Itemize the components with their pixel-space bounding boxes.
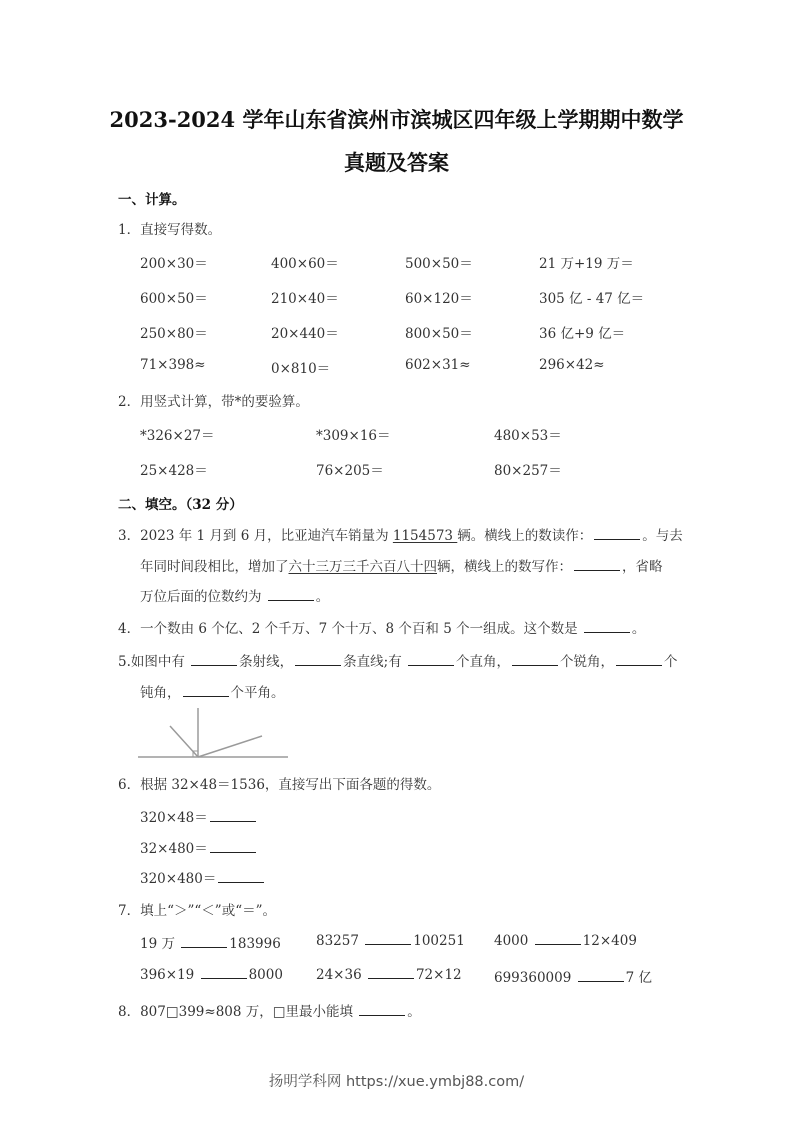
answer-blank[interactable] (295, 653, 341, 666)
question-7-label: 7．填上“＞”“＜”或“＝”。 (118, 899, 276, 919)
compare-item: 19 万 183996 (140, 932, 281, 952)
question-6-label: 6．根据 32×48＝1536，直接写出下面各题的得数。 (118, 773, 440, 793)
compare-item: 83257 100251 (316, 932, 465, 949)
calc-item: 500×50＝ (405, 252, 473, 272)
section-heading-calc: 一、计算。 (118, 188, 186, 208)
footer-watermark: 扬明学科网 https://xue.ymbj88.com/ (0, 1070, 793, 1091)
q6-item: 320×48＝ (140, 806, 258, 826)
answer-blank[interactable] (183, 684, 229, 697)
answer-blank[interactable] (512, 653, 558, 666)
q6-expression: 320×48＝ (140, 810, 208, 826)
compare-left: 24×36 (316, 967, 366, 983)
page-subtitle: 真题及答案 (0, 147, 793, 177)
q3-underlined-number: 1154573 (393, 528, 457, 544)
q5-text: 个直角， (456, 654, 510, 670)
compare-left: 83257 (316, 933, 363, 949)
q5-text: 条射线， (239, 654, 293, 670)
calc-item: 0×810＝ (271, 357, 330, 377)
answer-blank[interactable] (365, 932, 411, 945)
q8-text: 8．807□399≈808 万，□里最小能填 (118, 1004, 357, 1020)
answer-blank[interactable] (191, 653, 237, 666)
q8-text: 。 (407, 1004, 421, 1020)
calc-item: 296×42≈ (539, 357, 605, 373)
compare-item: 4000 12×409 (494, 932, 637, 949)
q3-text: 辆。横线上的数读作： (457, 528, 592, 544)
answer-blank[interactable] (210, 840, 256, 853)
calc-item: 210×40＝ (271, 287, 339, 307)
compare-right: 12×409 (583, 933, 637, 949)
answer-blank[interactable] (268, 588, 314, 601)
compare-right: 100251 (413, 933, 465, 949)
q5-text: 个平角。 (231, 685, 285, 701)
question-1-label: 1．直接写得数。 (118, 218, 221, 238)
q5-text: 条直线;有 (343, 654, 406, 670)
calc-item: 36 亿+9 亿＝ (539, 322, 625, 342)
calc-item: 21 万+19 万＝ (539, 252, 634, 272)
q4-text: 。 (632, 621, 646, 637)
q5-text: 钝角， (140, 685, 181, 701)
calc-item: 602×31≈ (405, 357, 471, 373)
q5-text: 个 (664, 654, 678, 670)
calc-item: 400×60＝ (271, 252, 339, 272)
compare-right: 8000 (249, 967, 283, 983)
angle-figure (138, 706, 288, 761)
q3-text: ，省略 (622, 559, 663, 575)
q4-text: 4．一个数由 6 个亿、2 个千万、7 个十万、8 个百和 5 个一组成。这个数… (118, 621, 582, 637)
q6-expression: 32×480＝ (140, 841, 208, 857)
compare-left: 19 万 (140, 936, 179, 952)
vertical-calc-item: 80×257＝ (494, 459, 562, 479)
q6-expression: 320×480＝ (140, 871, 216, 887)
q3-underlined-words: 六十三万三千六百八十四 (289, 559, 438, 575)
vertical-calc-item: 480×53＝ (494, 424, 562, 444)
answer-blank[interactable] (594, 527, 640, 540)
compare-item: 24×36 72×12 (316, 966, 462, 983)
question-3-line3: 万位后面的位数约为 。 (140, 585, 329, 605)
calc-item: 600×50＝ (140, 287, 208, 307)
question-3-line2: 年同时间段相比，增加了六十三万三千六百八十四辆，横线上的数写作：，省略 (140, 555, 663, 575)
answer-blank[interactable] (359, 1003, 405, 1016)
answer-blank[interactable] (218, 870, 264, 883)
compare-left: 699360009 (494, 970, 576, 986)
q6-item: 320×480＝ (140, 867, 266, 887)
question-4: 4．一个数由 6 个亿、2 个千万、7 个十万、8 个百和 5 个一组成。这个数… (118, 617, 645, 637)
question-8: 8．807□399≈808 万，□里最小能填 。 (118, 1000, 421, 1020)
answer-blank[interactable] (181, 935, 227, 948)
calc-item: 200×30＝ (140, 252, 208, 272)
q6-item: 32×480＝ (140, 837, 258, 857)
q3-text: 万位后面的位数约为 (140, 589, 266, 605)
compare-right: 7 亿 (626, 970, 652, 986)
answer-blank[interactable] (584, 620, 630, 633)
q3-text: 。与去 (642, 528, 683, 544)
q5-text: 个锐角， (560, 654, 614, 670)
answer-blank[interactable] (574, 558, 620, 571)
answer-blank[interactable] (535, 932, 581, 945)
calc-item: 71×398≈ (140, 357, 206, 373)
question-2-label: 2．用竖式计算，带*的要验算。 (118, 390, 309, 410)
vertical-calc-item: *309×16＝ (316, 424, 391, 444)
calc-item: 305 亿 - 47 亿＝ (539, 287, 644, 307)
compare-left: 4000 (494, 933, 533, 949)
question-5-line1: 5.如图中有 条射线，条直线;有 个直角，个锐角，个 (118, 650, 678, 670)
calc-item: 60×120＝ (405, 287, 473, 307)
vertical-calc-item: 76×205＝ (316, 459, 384, 479)
compare-right: 72×12 (416, 967, 462, 983)
q3-text: 辆，横线上的数写作： (437, 559, 572, 575)
compare-right: 183996 (229, 936, 281, 952)
q3-text: 。 (316, 589, 330, 605)
vertical-calc-item: *326×27＝ (140, 424, 215, 444)
section-heading-fill: 二、填空。（32 分） (118, 493, 243, 513)
q5-text: 5.如图中有 (118, 654, 189, 670)
compare-item: 396×19 8000 (140, 966, 283, 983)
answer-blank[interactable] (210, 809, 256, 822)
calc-item: 250×80＝ (140, 322, 208, 342)
calc-item: 20×440＝ (271, 322, 339, 342)
answer-blank[interactable] (578, 969, 624, 982)
calc-item: 800×50＝ (405, 322, 473, 342)
compare-item: 699360009 7 亿 (494, 966, 652, 986)
q3-text: 3．2023 年 1 月到 6 月，比亚迪汽车销量为 (118, 528, 393, 544)
answer-blank[interactable] (408, 653, 454, 666)
page-title: 2023-2024 学年山东省滨州市滨城区四年级上学期期中数学 (0, 104, 793, 134)
answer-blank[interactable] (616, 653, 662, 666)
answer-blank[interactable] (201, 966, 247, 979)
question-5-line2: 钝角，个平角。 (140, 681, 285, 701)
q3-text: 年同时间段相比，增加了 (140, 559, 289, 575)
question-3-line1: 3．2023 年 1 月到 6 月，比亚迪汽车销量为 1154573 辆。横线上… (118, 524, 683, 544)
compare-left: 396×19 (140, 967, 199, 983)
vertical-calc-item: 25×428＝ (140, 459, 208, 479)
answer-blank[interactable] (368, 966, 414, 979)
